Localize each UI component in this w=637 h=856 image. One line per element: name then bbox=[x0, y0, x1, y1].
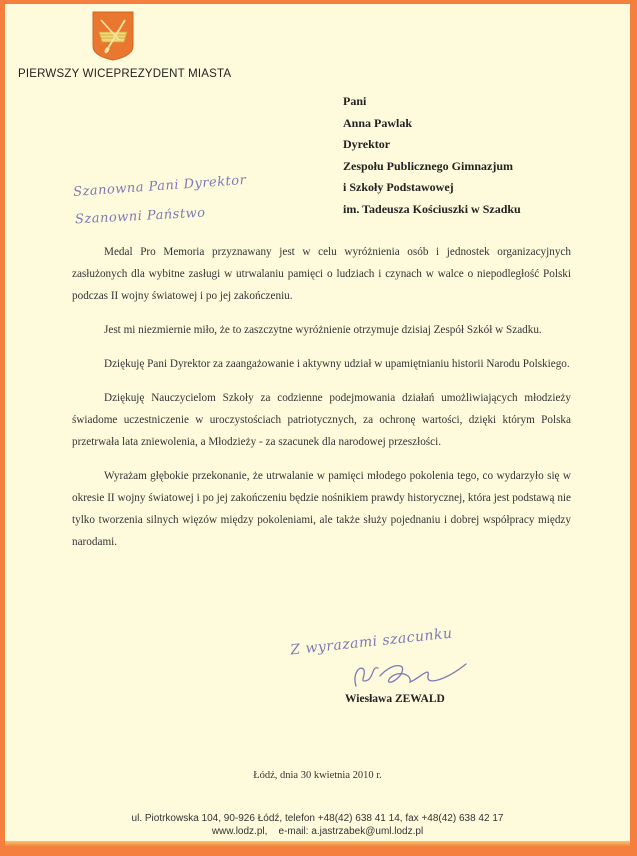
email-link[interactable]: a.jastrzabek@uml.lodz.pl bbox=[311, 826, 423, 837]
handwritten-closing: Z wyrazami szacunku bbox=[290, 626, 454, 659]
date-line: Łódź, dnia 30 kwietnia 2010 r. bbox=[5, 770, 630, 781]
lodz-coat-of-arms-icon bbox=[91, 10, 135, 62]
handwritten-salutation: Szanowni Państwo bbox=[75, 206, 206, 228]
footer-contacts: www.lodz.pl, e-mail: a.jastrzabek@uml.lo… bbox=[5, 825, 630, 838]
addressee-line: i Szkoły Podstawowej bbox=[343, 177, 521, 199]
addressee-line: Dyrektor bbox=[343, 134, 521, 156]
footer-color-band bbox=[5, 841, 630, 846]
body-paragraph: Medal Pro Memoria przyznawany jest w cel… bbox=[72, 241, 571, 307]
website-link[interactable]: www.lodz.pl, bbox=[212, 826, 268, 837]
letter-body: Medal Pro Memoria przyznawany jest w cel… bbox=[72, 241, 571, 565]
addressee-line: Pani bbox=[343, 91, 521, 113]
letter-page: PIERWSZY WICEPREZYDENT MIASTA Pani Anna … bbox=[5, 4, 630, 846]
addressee-line: Anna Pawlak bbox=[343, 113, 521, 135]
signer-name: Wiesława ZEWALD bbox=[345, 693, 445, 705]
footer-address: ul. Piotrkowska 104, 90-926 Łódź, telefo… bbox=[5, 812, 630, 825]
body-paragraph: Dziękuję Pani Dyrektor za zaangażowanie … bbox=[72, 353, 571, 375]
handwritten-salutation: Szanowna Pani Dyrektor bbox=[73, 173, 247, 200]
addressee-line: im. Tadeusza Kościuszki w Szadku bbox=[343, 199, 521, 221]
handwritten-signature-icon bbox=[350, 656, 470, 692]
body-paragraph: Wyrażam głębokie przekonanie, że utrwala… bbox=[72, 465, 571, 553]
footer: ul. Piotrkowska 104, 90-926 Łódź, telefo… bbox=[5, 812, 630, 838]
addressee-block: Pani Anna Pawlak Dyrektor Zespołu Public… bbox=[343, 91, 521, 220]
email-label: e-mail: bbox=[279, 826, 309, 837]
body-paragraph: Jest mi niezmiernie miło, że to zaszczyt… bbox=[72, 319, 571, 341]
addressee-line: Zespołu Publicznego Gimnazjum bbox=[343, 156, 521, 178]
body-paragraph: Dziękuję Nauczycielom Szkoły za codzienn… bbox=[72, 387, 571, 453]
office-title: PIERWSZY WICEPREZYDENT MIASTA bbox=[18, 68, 231, 80]
